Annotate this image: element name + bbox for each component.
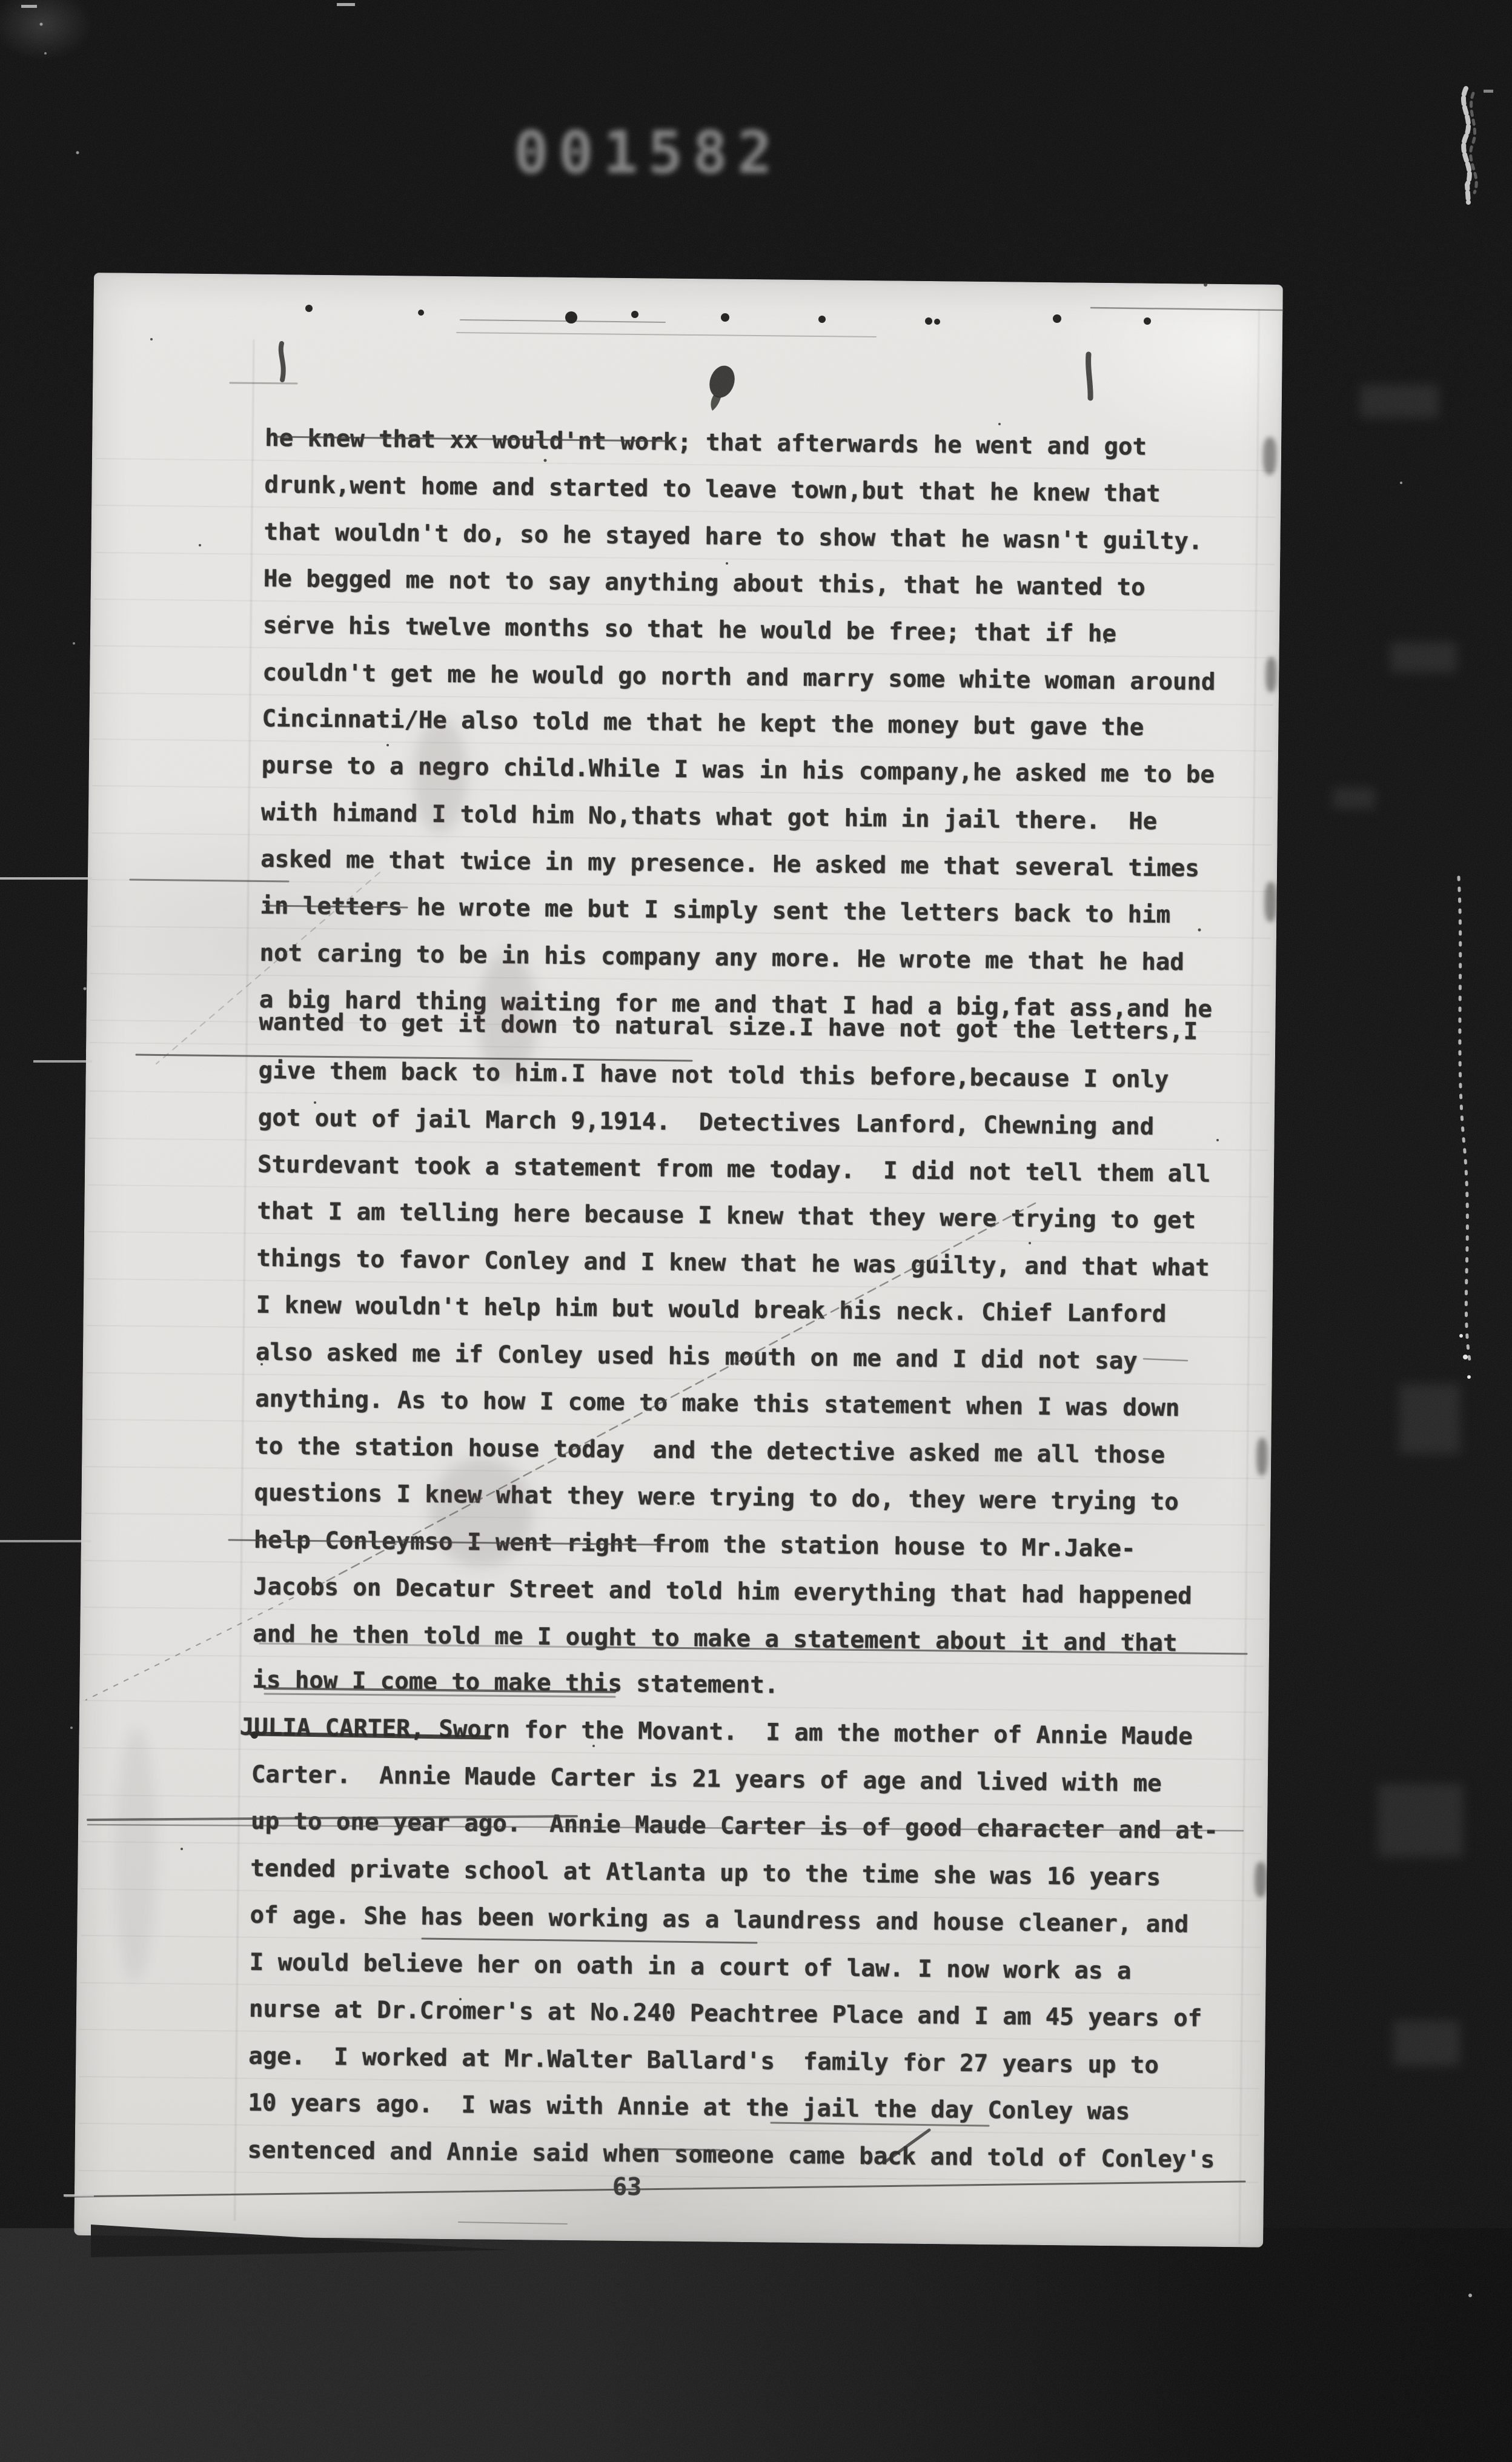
- edge-smudge: [1264, 882, 1277, 922]
- text-line-38: sentenced and Annie said when someone ca…: [247, 2138, 1215, 2173]
- document-page: he knew that xx would'nt work; that afte…: [74, 273, 1283, 2248]
- page-number: 63: [612, 2173, 642, 2201]
- text-line-34: I would believe her on oath in a court o…: [250, 1950, 1132, 1985]
- text-line-8: purse to a negro child.While I was in hi…: [262, 753, 1215, 788]
- film-scan-canvas: he knew that xx would'nt work; that afte…: [0, 0, 1512, 2462]
- text-line-5: serve his twelve months so that he would…: [263, 613, 1116, 647]
- text-line-29: JULIA CARTER, Sworn for the Movant. I am…: [239, 1715, 1193, 1750]
- text-line-24: questions I knew what they were trying t…: [254, 1481, 1179, 1515]
- edge-smudge: [1255, 1862, 1267, 1897]
- typewritten-text-block: he knew that xx would'nt work; that afte…: [94, 273, 1283, 285]
- edge-smudge: [1263, 437, 1277, 475]
- film-lower-band: [0, 2228, 1512, 2462]
- text-line-7: Cincinnati/He also told me that he kept …: [262, 706, 1144, 741]
- edge-smudge: [1256, 1438, 1268, 1476]
- text-line-4: He begged me not to say anything about t…: [264, 566, 1146, 601]
- text-line-30: Carter. Annie Maude Carter is 21 years o…: [251, 1762, 1162, 1797]
- text-line-10: asked me that twice in my presence. He a…: [260, 847, 1199, 882]
- text-line-19: things to favor Conley and I knew that h…: [256, 1246, 1210, 1281]
- ghost-mark: [1378, 1784, 1463, 1857]
- text-line-33: of age. She has been working as a laundr…: [250, 1903, 1189, 1938]
- scan-row-artifact: [83, 1700, 1263, 1713]
- text-line-23: to the station house today and the detec…: [254, 1434, 1165, 1468]
- text-line-21: also asked me if Conley used his mouth o…: [256, 1340, 1138, 1375]
- text-line-12: not caring to be in his company any more…: [259, 941, 1184, 975]
- text-line-1: he knew that xx would'nt work; that afte…: [265, 426, 1147, 460]
- page-crease-right: [1239, 308, 1259, 2244]
- ghost-mark: [1399, 1384, 1460, 1454]
- text-line-25: help Conleymso I went right from the sta…: [254, 1528, 1136, 1562]
- text-line-18: that I am telling here because I knew th…: [257, 1199, 1196, 1234]
- text-line-17: Sturdevant took a statement from me toda…: [257, 1152, 1211, 1187]
- text-line-15: give them back to him.I have not told th…: [258, 1058, 1169, 1093]
- text-line-9: with himand I told him No,thats what got…: [261, 800, 1158, 835]
- text-line-2: drunk,went home and started to leave tow…: [264, 473, 1161, 507]
- text-line-3: that wouldn't do, so he stayed hare to s…: [264, 520, 1202, 555]
- text-line-16: got out of jail March 9,1914. Detectives…: [258, 1106, 1155, 1140]
- text-line-32: tended private school at Atlanta up to t…: [250, 1856, 1161, 1891]
- text-line-31: up to one year ago. Annie Maude Carter i…: [251, 1809, 1218, 1844]
- edge-smudge: [1265, 657, 1277, 692]
- text-line-6: couldn't get me he would go north and ma…: [262, 660, 1216, 695]
- frame-number-stamp: 001582: [514, 119, 782, 187]
- text-line-28: is how I come to make this statement.: [252, 1668, 778, 1699]
- ghost-mark: [1360, 385, 1439, 418]
- text-line-37: 10 years ago. I was with Annie at the ja…: [248, 2091, 1130, 2125]
- text-line-26: Jacobs on Decatur Street and told him ev…: [253, 1574, 1192, 1610]
- text-line-22: anything. As to how I come to make this …: [255, 1387, 1180, 1421]
- text-line-35: nurse at Dr.Cromer's at No.240 Peachtree…: [249, 1997, 1202, 2032]
- text-line-36: age. I worked at Mr.Walter Ballard's fam…: [248, 2044, 1159, 2079]
- text-line-11: in letters he wrote me but I simply sent…: [260, 894, 1170, 928]
- ghost-mark: [1333, 788, 1375, 809]
- text-line-27: and he then told me I ought to make a st…: [253, 1622, 1178, 1656]
- film-corner-glare: [0, 0, 109, 73]
- ghost-mark: [1393, 2020, 1460, 2066]
- text-line-20: I knew wouldn't help him but would break…: [256, 1293, 1167, 1327]
- ghost-mark: [1390, 642, 1457, 672]
- page-stain: [113, 1727, 157, 1982]
